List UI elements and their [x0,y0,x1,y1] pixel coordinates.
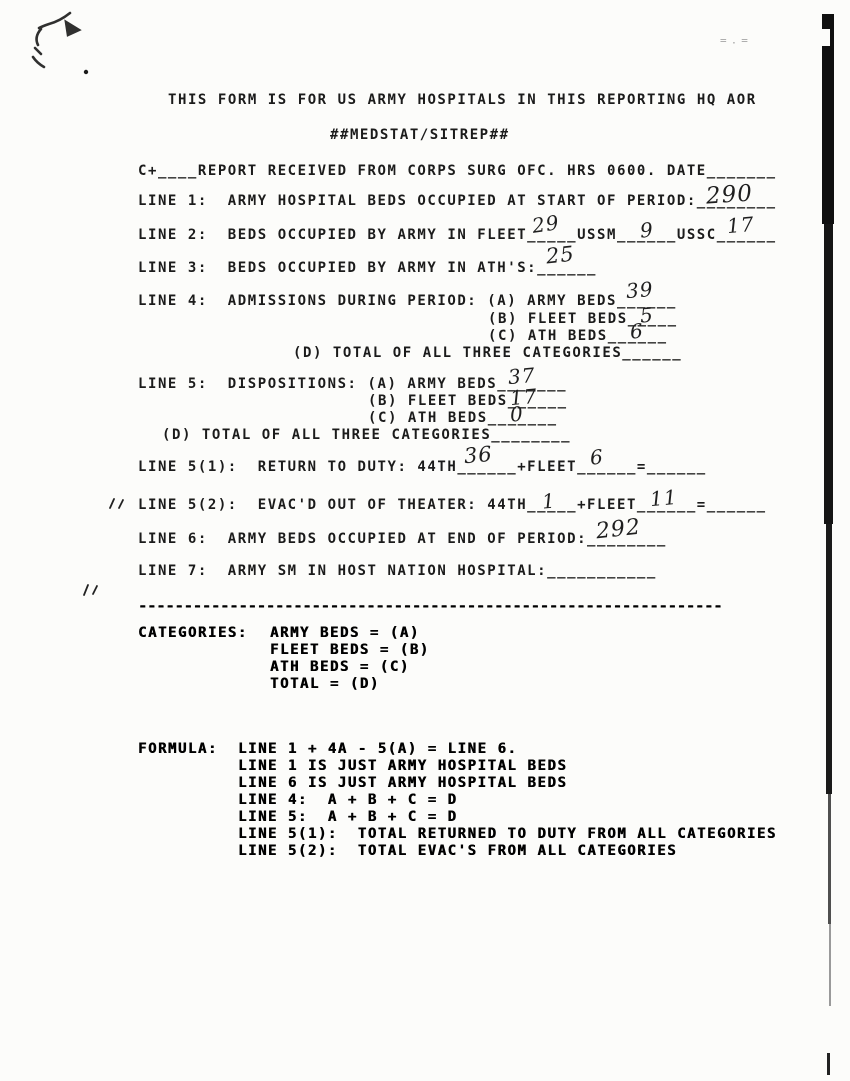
scan-edge-artifact-tick [827,1053,830,1075]
handwritten-value-line5-1-fleet: 6 [589,446,604,467]
form-line-1: LINE 1: ARMY HOSPITAL BEDS OCCUPIED AT S… [138,193,777,210]
scanned-document-page: =.= THIS FORM IS FOR US ARMY HOSPITALS I… [0,0,850,1081]
handwritten-value-line4-army: 39 [625,279,654,301]
pen-mark [106,496,128,512]
form-line-5d: (D) TOTAL OF ALL THREE CATEGORIES_______… [162,427,571,444]
form-line-4d: (D) TOTAL OF ALL THREE CATEGORIES______ [293,345,682,362]
categories-item: ARMY BEDS = (A) [270,625,420,642]
formula-label: FORMULA: [138,741,218,758]
handwritten-value-line2-ussc: 17 [726,214,755,236]
categories-label: CATEGORIES: [138,625,248,642]
form-line-2: LINE 2: BEDS OCCUPIED BY ARMY IN FLEET__… [138,227,777,244]
form-line-3: LINE 3: BEDS OCCUPIED BY ARMY IN ATH'S:_… [138,260,597,277]
categories-item: TOTAL = (D) [270,676,380,693]
pen-scribble-icon [8,2,118,82]
page-corner-mark: =.= [720,35,752,46]
scan-edge-artifact [826,524,832,794]
form-line-5: LINE 5: DISPOSITIONS: (A) ARMY BEDS_____… [138,376,567,393]
handwritten-value-line3: 25 [545,244,576,268]
handwritten-value-line4-ath: 6 [629,320,644,341]
formula-item: LINE 5(2): TOTAL EVAC'S FROM ALL CATEGOR… [238,843,677,860]
form-line-5-1: LINE 5(1): RETURN TO DUTY: 44TH______+FL… [138,459,707,476]
categories-item: ATH BEDS = (C) [270,659,410,676]
formula-item: LINE 1 IS JUST ARMY HOSPITAL BEDS [238,758,567,775]
categories-item: FLEET BEDS = (B) [270,642,430,659]
pen-mark [80,582,102,598]
scan-edge-artifact-notch [821,29,830,46]
scan-edge-artifact [829,924,831,1006]
handwritten-value-line2-ussm: 9 [639,219,654,240]
form-line-7: LINE 7: ARMY SM IN HOST NATION HOSPITAL:… [138,563,657,580]
handwritten-value-line5-2-fleet: 11 [649,487,678,509]
formula-item: LINE 5(1): TOTAL RETURNED TO DUTY FROM A… [238,826,777,843]
handwritten-value-line2-fleet: 29 [531,212,561,236]
form-line-4: LINE 4: ADMISSIONS DURING PERIOD: (A) AR… [138,293,677,310]
handwritten-value-line5-2-44th: 1 [541,490,556,511]
scan-edge-artifact [824,224,833,524]
handwritten-value-line1: 290 [705,182,753,208]
formula-item: LINE 6 IS JUST ARMY HOSPITAL BEDS [238,775,567,792]
report-received-line: C+____REPORT RECEIVED FROM CORPS SURG OF… [138,163,777,180]
form-subtitle: ##MEDSTAT/SITREP## [330,127,510,144]
formula-item: LINE 5: A + B + C = D [238,809,458,826]
form-line-6: LINE 6: ARMY BEDS OCCUPIED AT END OF PER… [138,531,667,548]
separator-line: ----------------------------------------… [138,598,722,615]
handwritten-value-line5-1-44th: 36 [463,444,493,467]
handwritten-value-line5-ath: 0 [509,403,524,424]
scan-edge-artifact [828,794,831,924]
formula-item: LINE 4: A + B + C = D [238,792,458,809]
form-title: THIS FORM IS FOR US ARMY HOSPITALS IN TH… [168,92,757,109]
formula-item: LINE 1 + 4A - 5(A) = LINE 6. [238,741,517,758]
handwritten-value-line6: 292 [595,517,642,544]
form-line-5c: (C) ATH BEDS_______ [368,410,558,427]
